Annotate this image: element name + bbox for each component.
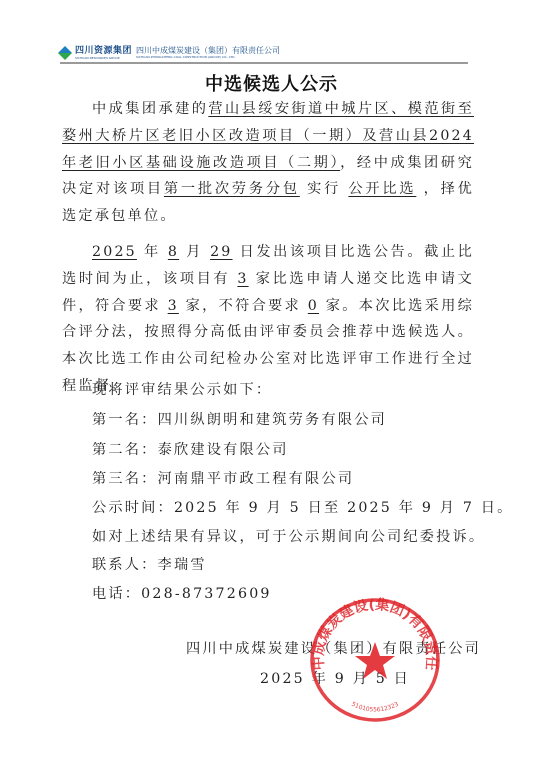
announce-day: 29 xyxy=(210,244,232,260)
rank-label: 第二名： xyxy=(92,442,158,458)
rank-label: 第三名： xyxy=(92,471,158,487)
group-logo-icon xyxy=(58,46,72,60)
company-seal-icon: 四川中成煤炭建设(集团)有限责任公司 5101055612323 xyxy=(308,596,442,724)
objection-note: 如对上述结果有异议，可于公示期间向公司纪委投诉。 xyxy=(92,526,485,546)
letterhead: 四川资源集团 SICHUAN RESOURCES GROUP 四川中成煤炭建设（… xyxy=(58,44,280,62)
ranking-third: 第三名：河南鼎平市政工程有限公司 xyxy=(92,468,354,488)
contact-phone: 电话：028-87372609 xyxy=(92,583,272,603)
results-intro: 现将评审结果公示如下： xyxy=(92,379,272,399)
selection-method: 公开比选 xyxy=(348,181,416,197)
unqualified-count: 0 xyxy=(308,298,319,314)
rank-company: 河南鼎平市政工程有限公司 xyxy=(158,471,355,487)
svg-text:5101055612323: 5101055612323 xyxy=(350,701,400,714)
letterhead-divider xyxy=(60,62,468,64)
publicity-period: 公示时间：2025 年 9 月 5 日至 2025 年 9 月 7 日。 xyxy=(92,497,514,517)
paragraph-project-intro: 中成集团承建的营山县绥安街道中城片区、模范街至婺州大桥片区老旧小区改造项目（一期… xyxy=(62,96,474,230)
work-package: 第一批次劳务分包 xyxy=(164,181,300,197)
announce-year: 2025 xyxy=(92,244,137,260)
rank-company: 泰欣建设有限公司 xyxy=(158,442,289,458)
p2-text: 家，不符合要求 xyxy=(179,298,308,314)
p1-prefix: 中成集团承建的 xyxy=(92,101,208,117)
applicant-count: 3 xyxy=(237,271,248,287)
group-name: 四川资源集团 xyxy=(75,47,132,56)
company-name-block: 四川中成煤炭建设（集团）有限责任公司 SICHUAN ZHONGCHENG CO… xyxy=(136,47,280,59)
company-name: 四川中成煤炭建设（集团）有限责任公司 xyxy=(136,47,280,55)
p2-text: 月 xyxy=(179,244,210,260)
p2-text: 年 xyxy=(137,244,168,260)
group-name-block: 四川资源集团 SICHUAN RESOURCES GROUP xyxy=(75,47,132,60)
seal-number: 5101055612323 xyxy=(350,701,400,714)
announce-month: 8 xyxy=(168,244,179,260)
contact-person: 联系人：李瑞雪 xyxy=(92,554,207,574)
group-name-en: SICHUAN RESOURCES GROUP xyxy=(75,57,132,60)
ranking-first: 第一名：四川纵朗明和建筑劳务有限公司 xyxy=(92,409,387,429)
rank-company: 四川纵朗明和建筑劳务有限公司 xyxy=(158,412,387,428)
ranking-second: 第二名：泰欣建设有限公司 xyxy=(92,439,289,459)
rank-label: 第一名： xyxy=(92,412,158,428)
qualified-count: 3 xyxy=(168,298,179,314)
document-title: 中选候选人公示 xyxy=(0,70,543,96)
p1-middle2: 实行 xyxy=(300,181,349,197)
paragraph-selection-process: 2025 年 8 月 29 日发出该项目比选公告。截止比选时间为止，该项目有 3… xyxy=(62,239,474,400)
company-name-en: SICHUAN ZHONGCHENG COAL CONSTRUCTION (GR… xyxy=(136,56,280,59)
